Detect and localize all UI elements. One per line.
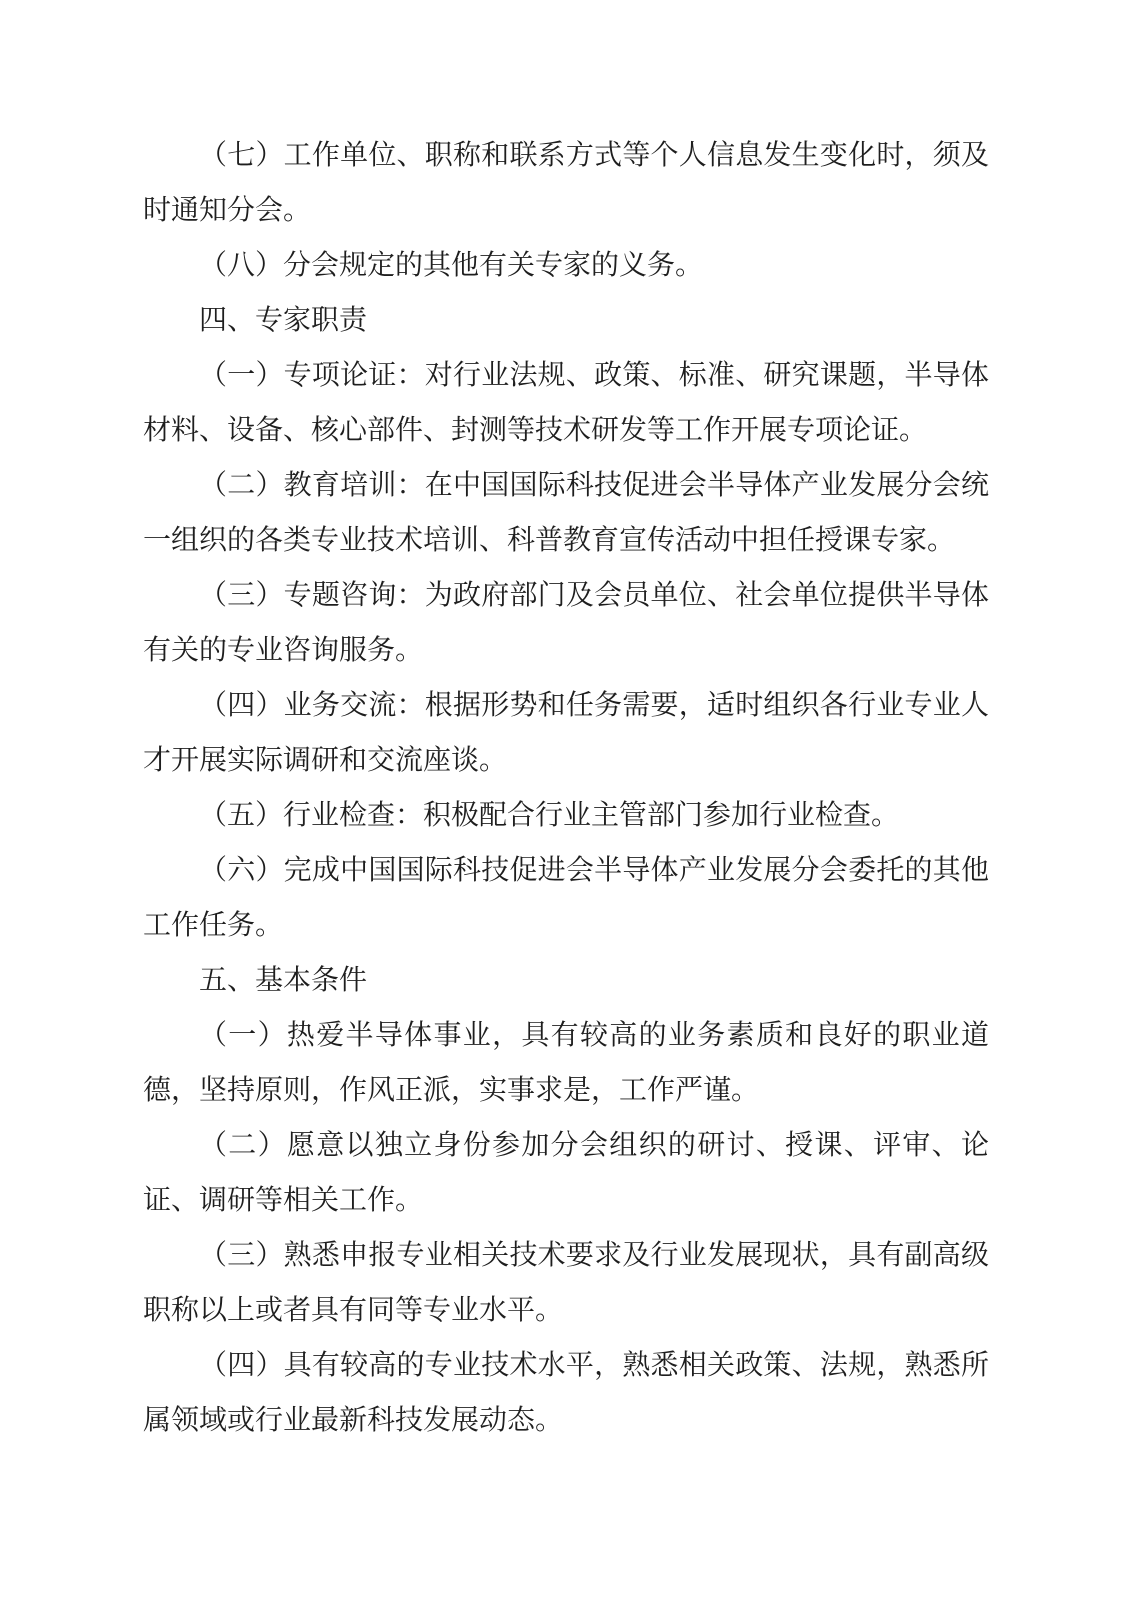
para-duty-4: （四）业务交流：根据形势和任务需要，适时组织各行业专业人才开展实际调研和交流座谈… bbox=[143, 678, 989, 788]
para-duty-5: （五）行业检查：积极配合行业主管部门参加行业检查。 bbox=[143, 788, 989, 843]
document-page: （七）工作单位、职称和联系方式等个人信息发生变化时，须及时通知分会。 （八）分会… bbox=[0, 0, 1132, 1600]
para-duty-6: （六）完成中国国际科技促进会半导体产业发展分会委托的其他工作任务。 bbox=[143, 843, 989, 953]
para-condition-1: （一）热爱半导体事业，具有较高的业务素质和良好的职业道德，坚持原则，作风正派，实… bbox=[143, 1008, 989, 1118]
para-obligation-8: （八）分会规定的其他有关专家的义务。 bbox=[143, 238, 989, 293]
para-duty-1: （一）专项论证：对行业法规、政策、标准、研究课题，半导体材料、设备、核心部件、封… bbox=[143, 348, 989, 458]
para-condition-3: （三）熟悉申报专业相关技术要求及行业发展现状，具有副高级职称以上或者具有同等专业… bbox=[143, 1228, 989, 1338]
para-obligation-7: （七）工作单位、职称和联系方式等个人信息发生变化时，须及时通知分会。 bbox=[143, 128, 989, 238]
para-duty-3: （三）专题咨询：为政府部门及会员单位、社会单位提供半导体有关的专业咨询服务。 bbox=[143, 568, 989, 678]
para-duty-2: （二）教育培训：在中国国际科技促进会半导体产业发展分会统一组织的各类专业技术培训… bbox=[143, 458, 989, 568]
para-condition-4: （四）具有较高的专业技术水平，熟悉相关政策、法规，熟悉所属领域或行业最新科技发展… bbox=[143, 1338, 989, 1448]
section-heading-conditions: 五、基本条件 bbox=[143, 953, 989, 1008]
para-condition-2: （二）愿意以独立身份参加分会组织的研讨、授课、评审、论证、调研等相关工作。 bbox=[143, 1118, 989, 1228]
section-heading-duties: 四、专家职责 bbox=[143, 293, 989, 348]
